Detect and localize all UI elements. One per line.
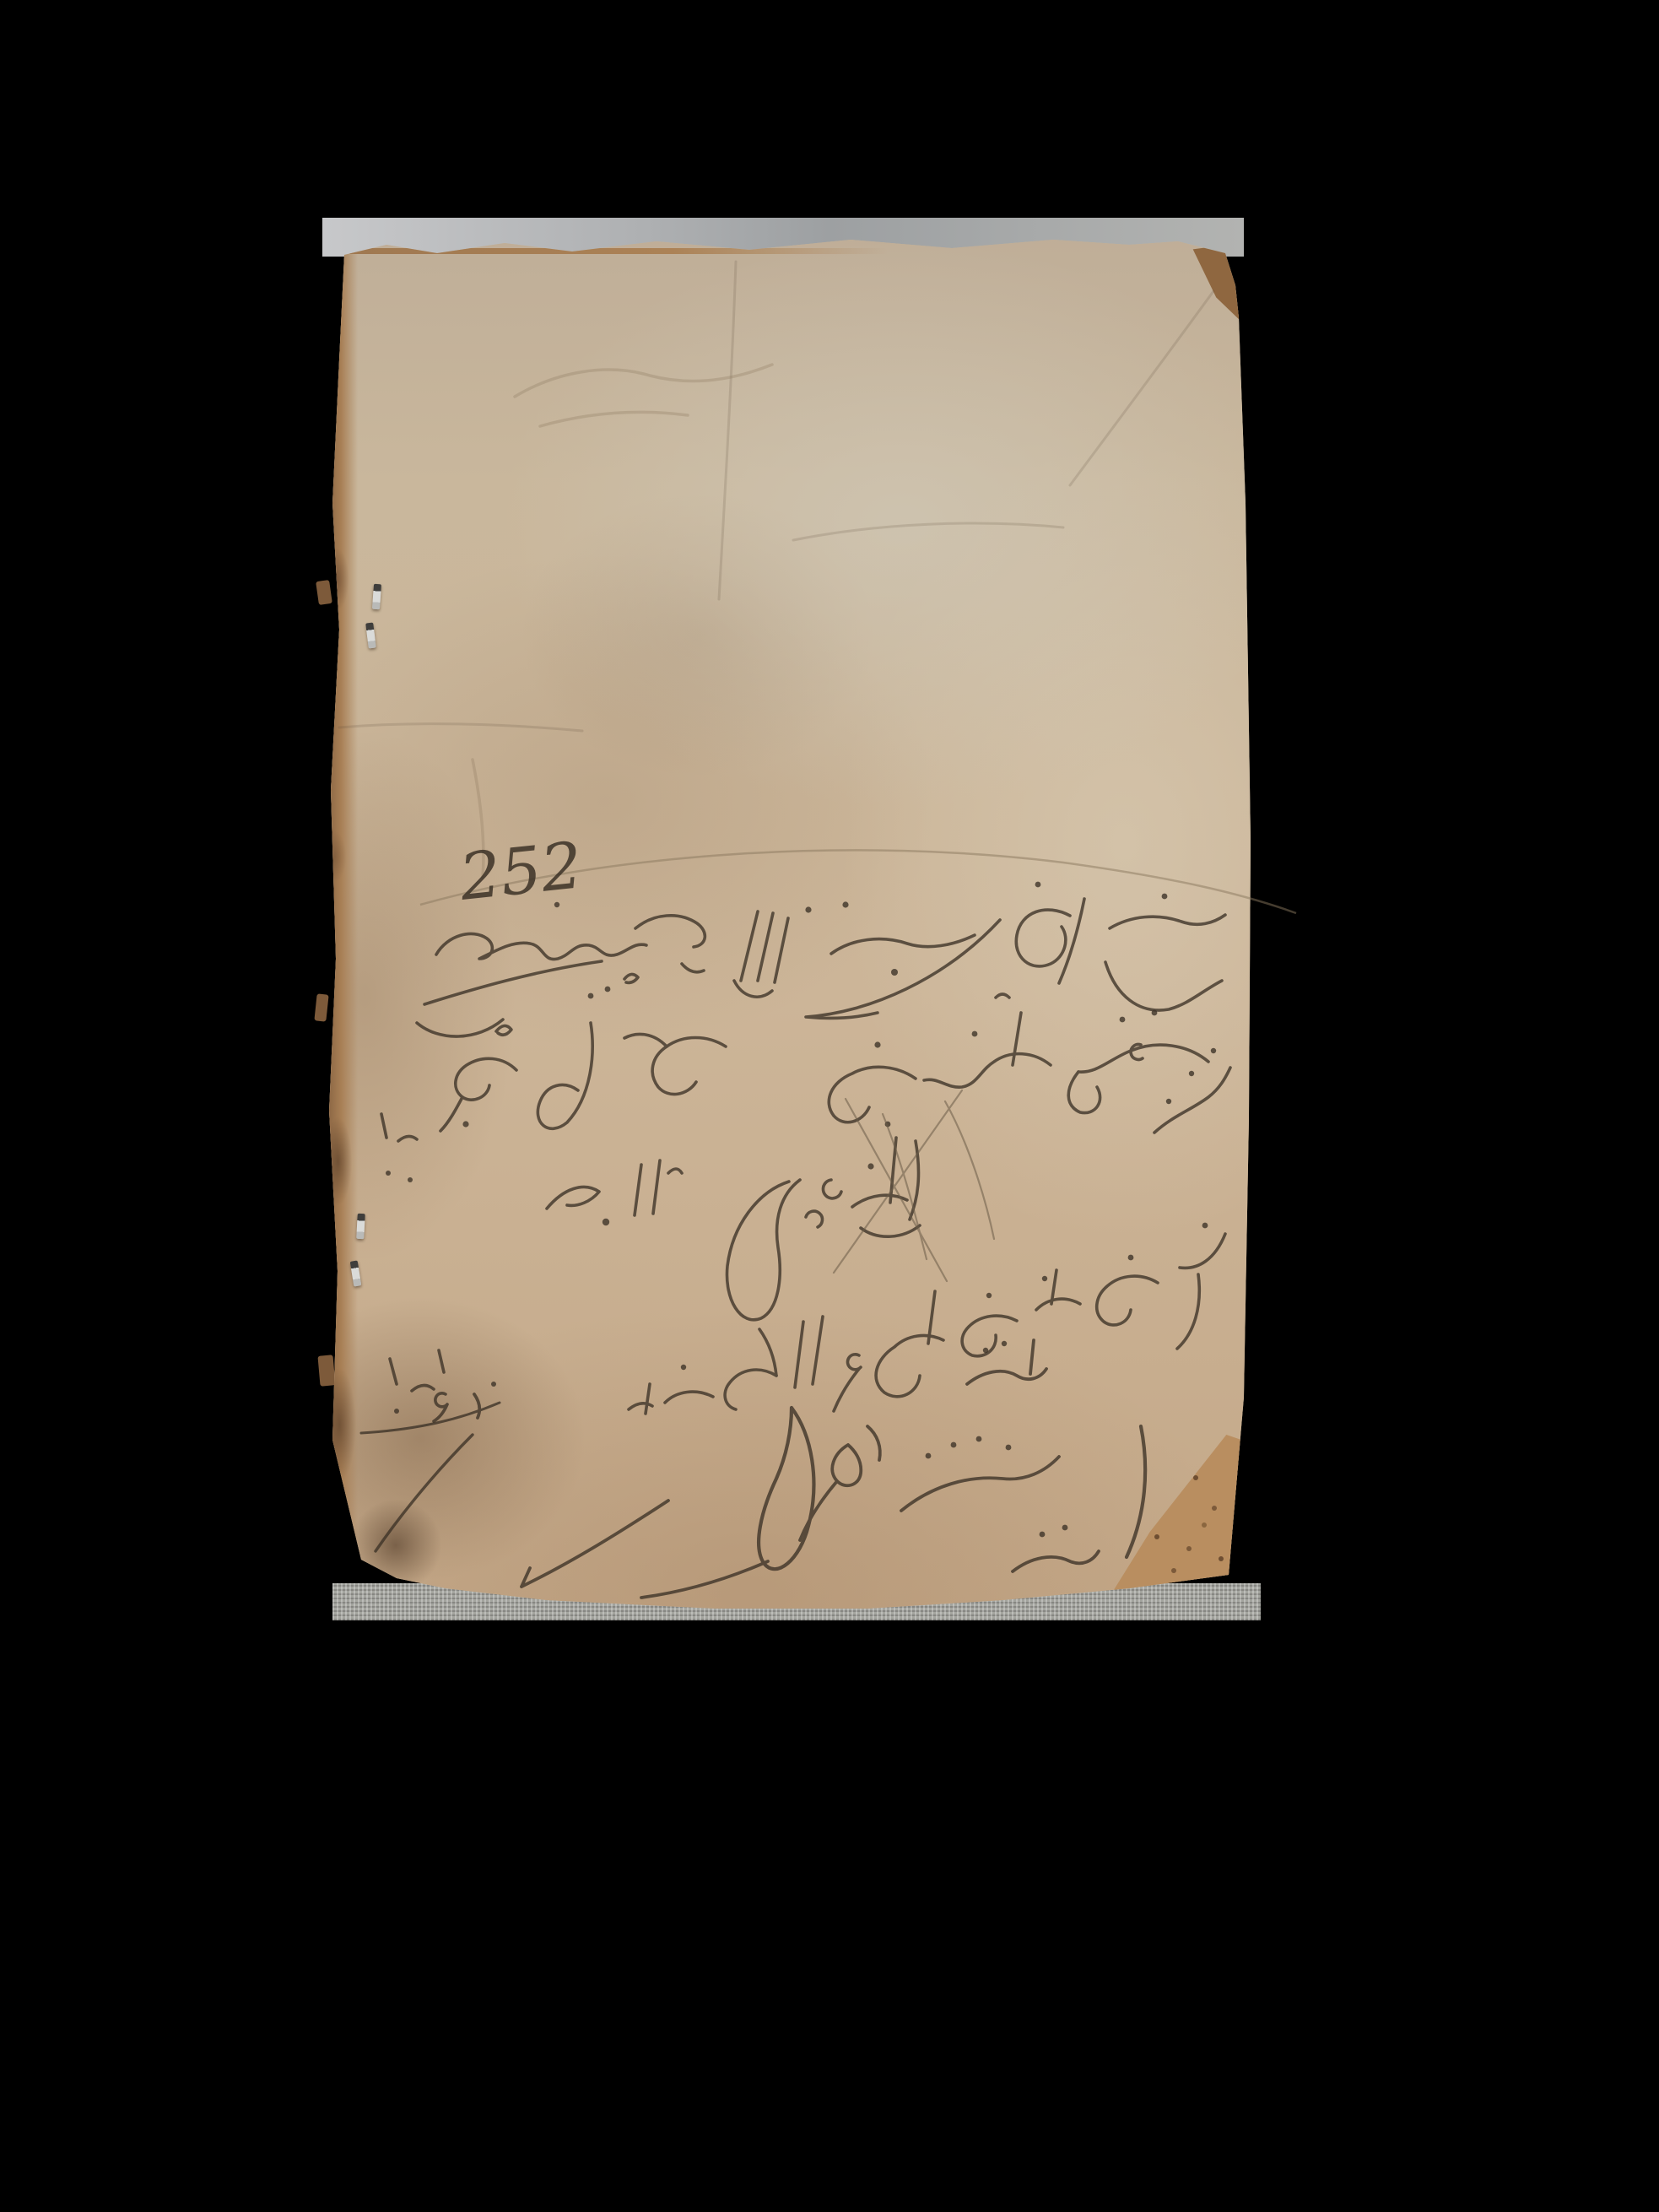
manuscript-cover <box>327 233 1254 1619</box>
photograph: 252 <box>0 0 1659 2212</box>
staple <box>365 623 376 649</box>
corner-stain-bottom-right <box>1109 1435 1246 1597</box>
staple <box>372 584 381 610</box>
torn-binding-bit <box>316 580 332 605</box>
staple <box>356 1214 365 1239</box>
corner-shadow-bottom-left <box>349 1499 442 1592</box>
torn-binding-bit <box>314 993 328 1021</box>
torn-binding-bit <box>317 1355 335 1386</box>
binding-edge <box>327 233 358 1619</box>
